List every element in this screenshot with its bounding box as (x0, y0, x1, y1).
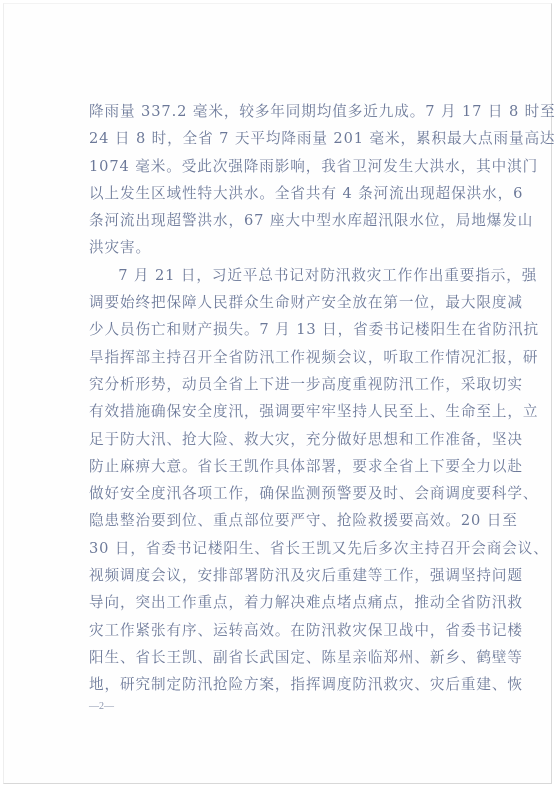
document-page: 降雨量 337.2 毫米，较多年同期均值多近九成。7 月 17 日 8 时至 2… (3, 3, 552, 784)
text-line: 隐患整治要到位、重点部位要严守、抢险救援要高效。20 日至 (89, 507, 486, 534)
text-line: 7 月 21 日，习近平总书记对防汛救灾工作作出重要指示，强 (89, 262, 486, 289)
text-line: 有效措施确保安全度汛，强调要牢牢坚持人民至上、生命至上，立 (89, 398, 486, 425)
document-body: 降雨量 337.2 毫米，较多年同期均值多近九成。7 月 17 日 8 时至 2… (89, 98, 486, 699)
text-line: 阳生、省长王凯、副省长武国定、陈星亲临郑州、新乡、鹤壁等 (89, 644, 486, 671)
text-line: 30 日，省委书记楼阳生、省长王凯又先后多次主持召开会商会议、 (89, 535, 486, 562)
text-line: 视频调度会议，安排部署防汛及灾后重建等工作，强调坚持问题 (89, 562, 486, 589)
text-line: 1074 毫米。受此次强降雨影响，我省卫河发生大洪水，其中淇门 (89, 153, 486, 180)
paragraph-2: 7 月 21 日，习近平总书记对防汛救灾工作作出重要指示，强 调要始终把保障人民… (89, 262, 486, 699)
text-line: 旱指挥部主持召开全省防汛工作视频会议，听取工作情况汇报，研 (89, 344, 486, 371)
page-number: —2— (89, 701, 114, 712)
text-line: 降雨量 337.2 毫米，较多年同期均值多近九成。7 月 17 日 8 时至 (89, 98, 486, 125)
text-line: 条河流出现超警洪水，67 座大中型水库超汛限水位，局地爆发山 (89, 207, 486, 234)
text-line: 洪灾害。 (89, 234, 486, 261)
text-line: 做好安全度汛各项工作，确保监测预警要及时、会商调度要科学、 (89, 480, 486, 507)
text-line: 防止麻痹大意。省长王凯作具体部署，要求全省上下要全力以赴 (89, 453, 486, 480)
text-line: 调要始终把保障人民群众生命财产安全放在第一位，最大限度减 (89, 289, 486, 316)
text-line: 少人员伤亡和财产损失。7 月 13 日，省委书记楼阳生在省防汛抗 (89, 316, 486, 343)
text-line: 足于防大汛、抢大险、救大灾，充分做好思想和工作准备，坚决 (89, 426, 486, 453)
text-line: 灾工作紧张有序、运转高效。在防汛救灾保卫战中，省委书记楼 (89, 617, 486, 644)
paragraph-1: 降雨量 337.2 毫米，较多年同期均值多近九成。7 月 17 日 8 时至 2… (89, 98, 486, 262)
text-line: 导向，突出工作重点，着力解决难点堵点痛点，推动全省防汛救 (89, 589, 486, 616)
text-line: 以上发生区域性特大洪水。全省共有 4 条河流出现超保洪水，6 (89, 180, 486, 207)
text-line: 究分析形势，动员全省上下进一步高度重视防汛工作，采取切实 (89, 371, 486, 398)
text-line: 24 日 8 时，全省 7 天平均降雨量 201 毫米，累积最大点雨量高达 (89, 125, 486, 152)
text-line: 地，研究制定防汛抢险方案，指挥调度防汛救灾、灾后重建、恢 (89, 671, 486, 698)
